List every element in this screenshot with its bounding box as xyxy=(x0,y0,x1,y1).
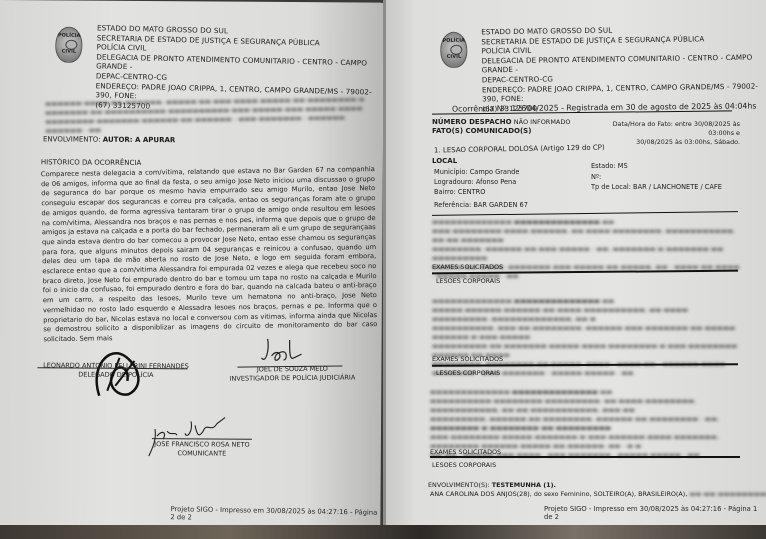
data-hora-fato: Data/Hora do Fato: entre 30/08/2025 às 0… xyxy=(608,120,740,147)
signature-comunicante: JOSE FRANCISCO ROSA NETO COMUNICANTE xyxy=(142,440,262,458)
local-details-right: Estado: MS Nº: Tp de Local: BAR / LANCHO… xyxy=(591,161,722,193)
testemunha-details: ANA CAROLINA DOS ANJOS(28), do sexo Femi… xyxy=(430,490,766,499)
testemunha-envolvimento: ENVOLVIMENTO(S): TESTEMUNHA (1). xyxy=(428,481,556,490)
local-details: Município: Campo Grande Logradouro: Afon… xyxy=(434,167,528,210)
envolvimento-row: ENVOLVIMENTO: AUTOR: A APURAR xyxy=(43,135,175,145)
police-badge-icon: POLÍCIA CIVIL xyxy=(55,26,83,63)
exames-label-2: EXAMES SOLICITADOS xyxy=(432,355,503,364)
fato-item: 1. LESAO CORPORAL DOLOSA (Artigo 129 do … xyxy=(434,144,605,156)
testemunha-redacted: ▬▬ ▬▬ ▬▬▬▬▬▬▬▬▬, ▬▬▬ ▬▬ xyxy=(689,490,766,499)
signature-delegado: LEONARDO ANTONIO PELLERINI FERNANDES DEL… xyxy=(33,361,198,379)
signature-investigador-icon xyxy=(259,336,304,368)
exames-value-3: LESOES CORPORAIS xyxy=(432,461,496,470)
police-badge-icon: POLÍCIA CIVIL xyxy=(440,32,468,68)
numero-despacho-row: NÚMERO DESPACHO NÃO INFORMADO xyxy=(432,118,571,127)
exames-label-1: EXAMES SOLICITADOS xyxy=(432,263,503,272)
agency-header-text: ESTADO DO MATO GROSSO DO SUL SECRETARIA … xyxy=(481,23,766,113)
document-page-2: POLÍCIA CIVIL ESTADO DO MATO GROSSO DO S… xyxy=(0,0,384,528)
page-1-header: POLÍCIA CIVIL ESTADO DO MATO GROSSO DO S… xyxy=(440,23,766,114)
signature-investigador: JOEL DE SOUZA MELO INVESTIGADOR DE POLÍC… xyxy=(217,364,367,383)
exames-value-1: LESOES CORPORAIS xyxy=(436,277,500,286)
divider xyxy=(430,456,740,458)
page-1-footer: Projeto SIGO - Impresso em 30/08/2025 às… xyxy=(544,505,766,521)
historico-title: HISTÓRICO DA OCORRÊNCIA xyxy=(41,158,141,168)
document-page-1: POLÍCIA CIVIL ESTADO DO MATO GROSSO DO S… xyxy=(386,0,766,525)
desk-surface xyxy=(0,525,766,539)
historico-text: Comparece nesta delegacia a com/vitima, … xyxy=(41,165,378,345)
local-title: LOCAL xyxy=(432,157,457,166)
divider xyxy=(432,211,738,216)
page-2-footer: Projeto SIGO - Impresso em 30/08/2025 às… xyxy=(170,505,380,525)
fatos-comunicados-label: FATO(S) COMUNICADO(S) xyxy=(432,127,531,136)
redacted-block: ▬▬▬▬▬▬ ▬▬▬▬ ▬▬ ▬▬▬▬▬▬, ▬▬▬▬▬ ▬▬ ▬▬▬ ▬▬▬▬… xyxy=(45,95,375,136)
envolvimento-value: AUTOR: A APURAR xyxy=(103,136,176,145)
exames-value-2: LESOES CORPORAIS xyxy=(436,369,500,378)
